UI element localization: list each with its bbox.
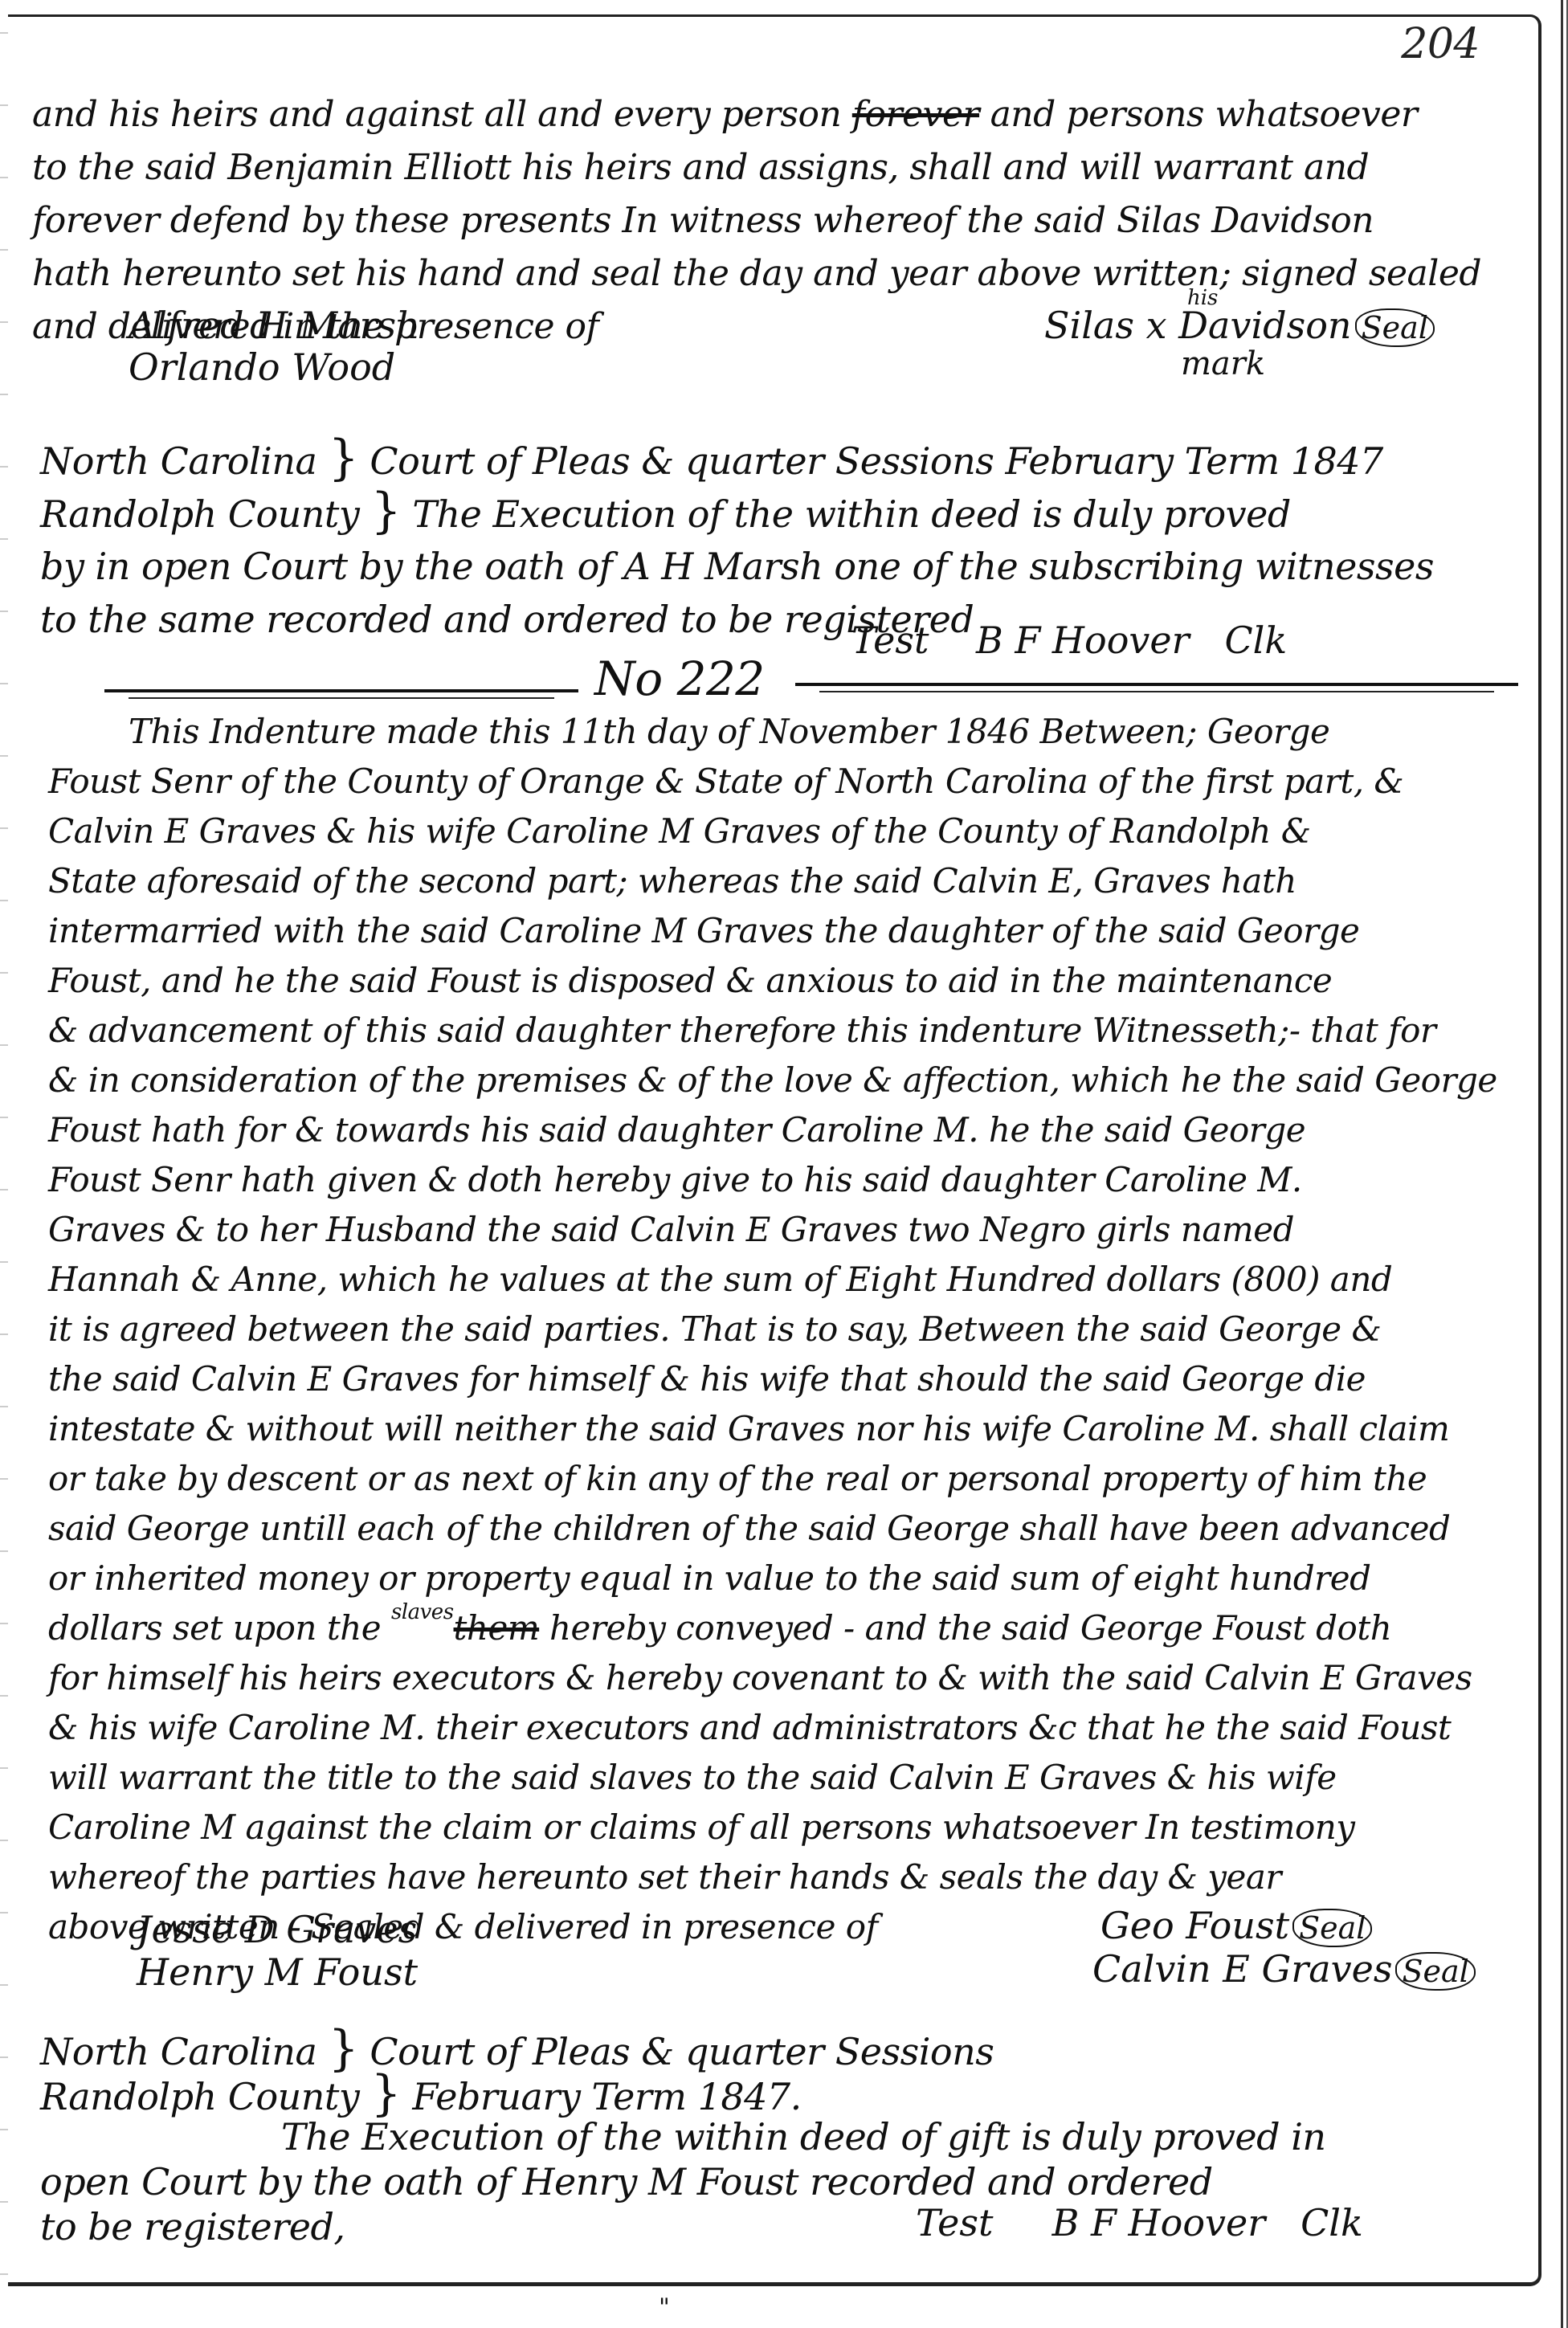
brace-icon: }	[329, 430, 359, 486]
indenture-line-24: whereof the parties have hereunto set th…	[48, 1852, 1497, 1902]
signer-silas-davidson: Silas x DavidsonSeal	[1044, 304, 1435, 347]
probate-2-line-3: The Execution of the within deed of gift…	[40, 2114, 1326, 2159]
indenture-line-6: Foust, and he the said Foust is disposed…	[48, 956, 1497, 1006]
probate-1: North Carolina } Court of Pleas & quarte…	[40, 434, 1434, 646]
indenture-line-20: for himself his heirs executors & hereby…	[48, 1653, 1497, 1703]
probate-2-attest: Test B F Hoover Clk	[916, 2201, 1363, 2244]
probate-2-county: Randolph County	[40, 2075, 359, 2118]
indenture-line-12: Hannah & Anne, which he values at the su…	[48, 1255, 1497, 1305]
divider-left	[104, 689, 578, 692]
indenture-line-19: dollars set upon the slavesthem hereby c…	[48, 1603, 1497, 1653]
continuation-line-4: hath hereunto set his hand and seal the …	[32, 247, 1481, 300]
continuation-line-2: to the said Benjamin Elliott his heirs a…	[32, 141, 1481, 194]
probate-1-line-3: by in open Court by the oath of A H Mars…	[40, 540, 1434, 593]
inserted-word: slaves	[391, 1600, 454, 1624]
probate-2-line-1: North Carolina } Court of Pleas & quarte…	[40, 2024, 1326, 2069]
indenture-line-22: will warrant the title to the said slave…	[48, 1753, 1497, 1803]
indenture-line-13: it is agreed between the said parties. T…	[48, 1305, 1497, 1354]
probate-1-state: North Carolina	[40, 439, 316, 483]
indenture-line-9: Foust hath for & towards his said daught…	[48, 1105, 1497, 1155]
indenture-line-5: intermarried with the said Caroline M Gr…	[48, 906, 1497, 956]
footer-mark: "	[659, 2281, 669, 2328]
signer-geo-foust: Geo FoustSeal	[1100, 1904, 1372, 1947]
struck-word: forever	[852, 94, 979, 135]
probate-2-line-4: open Court by the oath of Henry M Foust …	[40, 2159, 1326, 2204]
probate-2-line-2: Randolph County } February Term 1847.	[40, 2069, 1326, 2114]
signer-mark-x: x	[1146, 304, 1167, 347]
divider-right	[795, 683, 1518, 686]
indenture-line-3: Calvin E Graves & his wife Caroline M Gr…	[48, 807, 1497, 856]
indenture-witness-2: Henry M Foust	[137, 1950, 418, 1994]
probate-1-line-1: North Carolina } Court of Pleas & quarte…	[40, 434, 1434, 487]
indenture-text: This Indenture made this 11th day of Nov…	[48, 707, 1497, 1952]
indenture-line-8: & in consideration of the premises & of …	[48, 1056, 1497, 1105]
witness-1: Alfred H Marsh	[129, 304, 420, 347]
indenture-line-17: said George untill each of the children …	[48, 1504, 1497, 1554]
probate-1-line-2: Randolph County } The Execution of the w…	[40, 487, 1434, 540]
struck-word: them	[454, 1608, 540, 1648]
probate-1-attest: Test B F Hoover Clk	[851, 619, 1287, 662]
seal-icon: Seal	[1355, 308, 1435, 347]
book-edge-line	[1561, 0, 1563, 2328]
indenture-line-14: the said Calvin E Graves for himself & h…	[48, 1354, 1497, 1404]
indenture-line-21: & his wife Caroline M. their executors a…	[48, 1703, 1497, 1753]
indenture-line-18: or inherited money or property equal in …	[48, 1554, 1497, 1603]
indenture-line-4: State aforesaid of the second part; wher…	[48, 856, 1497, 906]
mark-label: mark	[1181, 345, 1265, 382]
probate-2-state: North Carolina	[40, 2030, 316, 2073]
indenture-witness-1: Jesse D Graves	[137, 1908, 417, 1951]
witness-2: Orlando Wood	[129, 345, 395, 389]
continuation-line-1: and his heirs and against all and every …	[32, 88, 1481, 141]
seal-icon: Seal	[1292, 1909, 1372, 1947]
indenture-line-16: or take by descent or as next of kin any…	[48, 1454, 1497, 1504]
indenture-line-11: Graves & to her Husband the said Calvin …	[48, 1205, 1497, 1255]
entry-number: No 222	[594, 652, 765, 705]
indenture-line-7: & advancement of this said daughter ther…	[48, 1006, 1497, 1056]
indenture-line-10: Foust Senr hath given & doth hereby give…	[48, 1155, 1497, 1205]
brace-icon: }	[371, 2065, 402, 2122]
brace-icon: }	[329, 2020, 359, 2077]
brace-icon: }	[371, 483, 402, 539]
indenture-line-23: Caroline M against the claim or claims o…	[48, 1803, 1497, 1852]
indenture-line-15: intestate & without will neither the sai…	[48, 1404, 1497, 1454]
indenture-line-1: This Indenture made this 11th day of Nov…	[48, 707, 1497, 757]
page-number: 204	[1401, 18, 1480, 71]
indenture-line-2: Foust Senr of the County of Orange & Sta…	[48, 757, 1497, 807]
seal-icon: Seal	[1395, 1952, 1475, 1991]
continuation-line-3: forever defend by these presents In witn…	[32, 194, 1481, 247]
signer-calvin-graves: Calvin E GravesSeal	[1092, 1947, 1476, 1991]
probate-1-county: Randolph County	[40, 492, 359, 536]
